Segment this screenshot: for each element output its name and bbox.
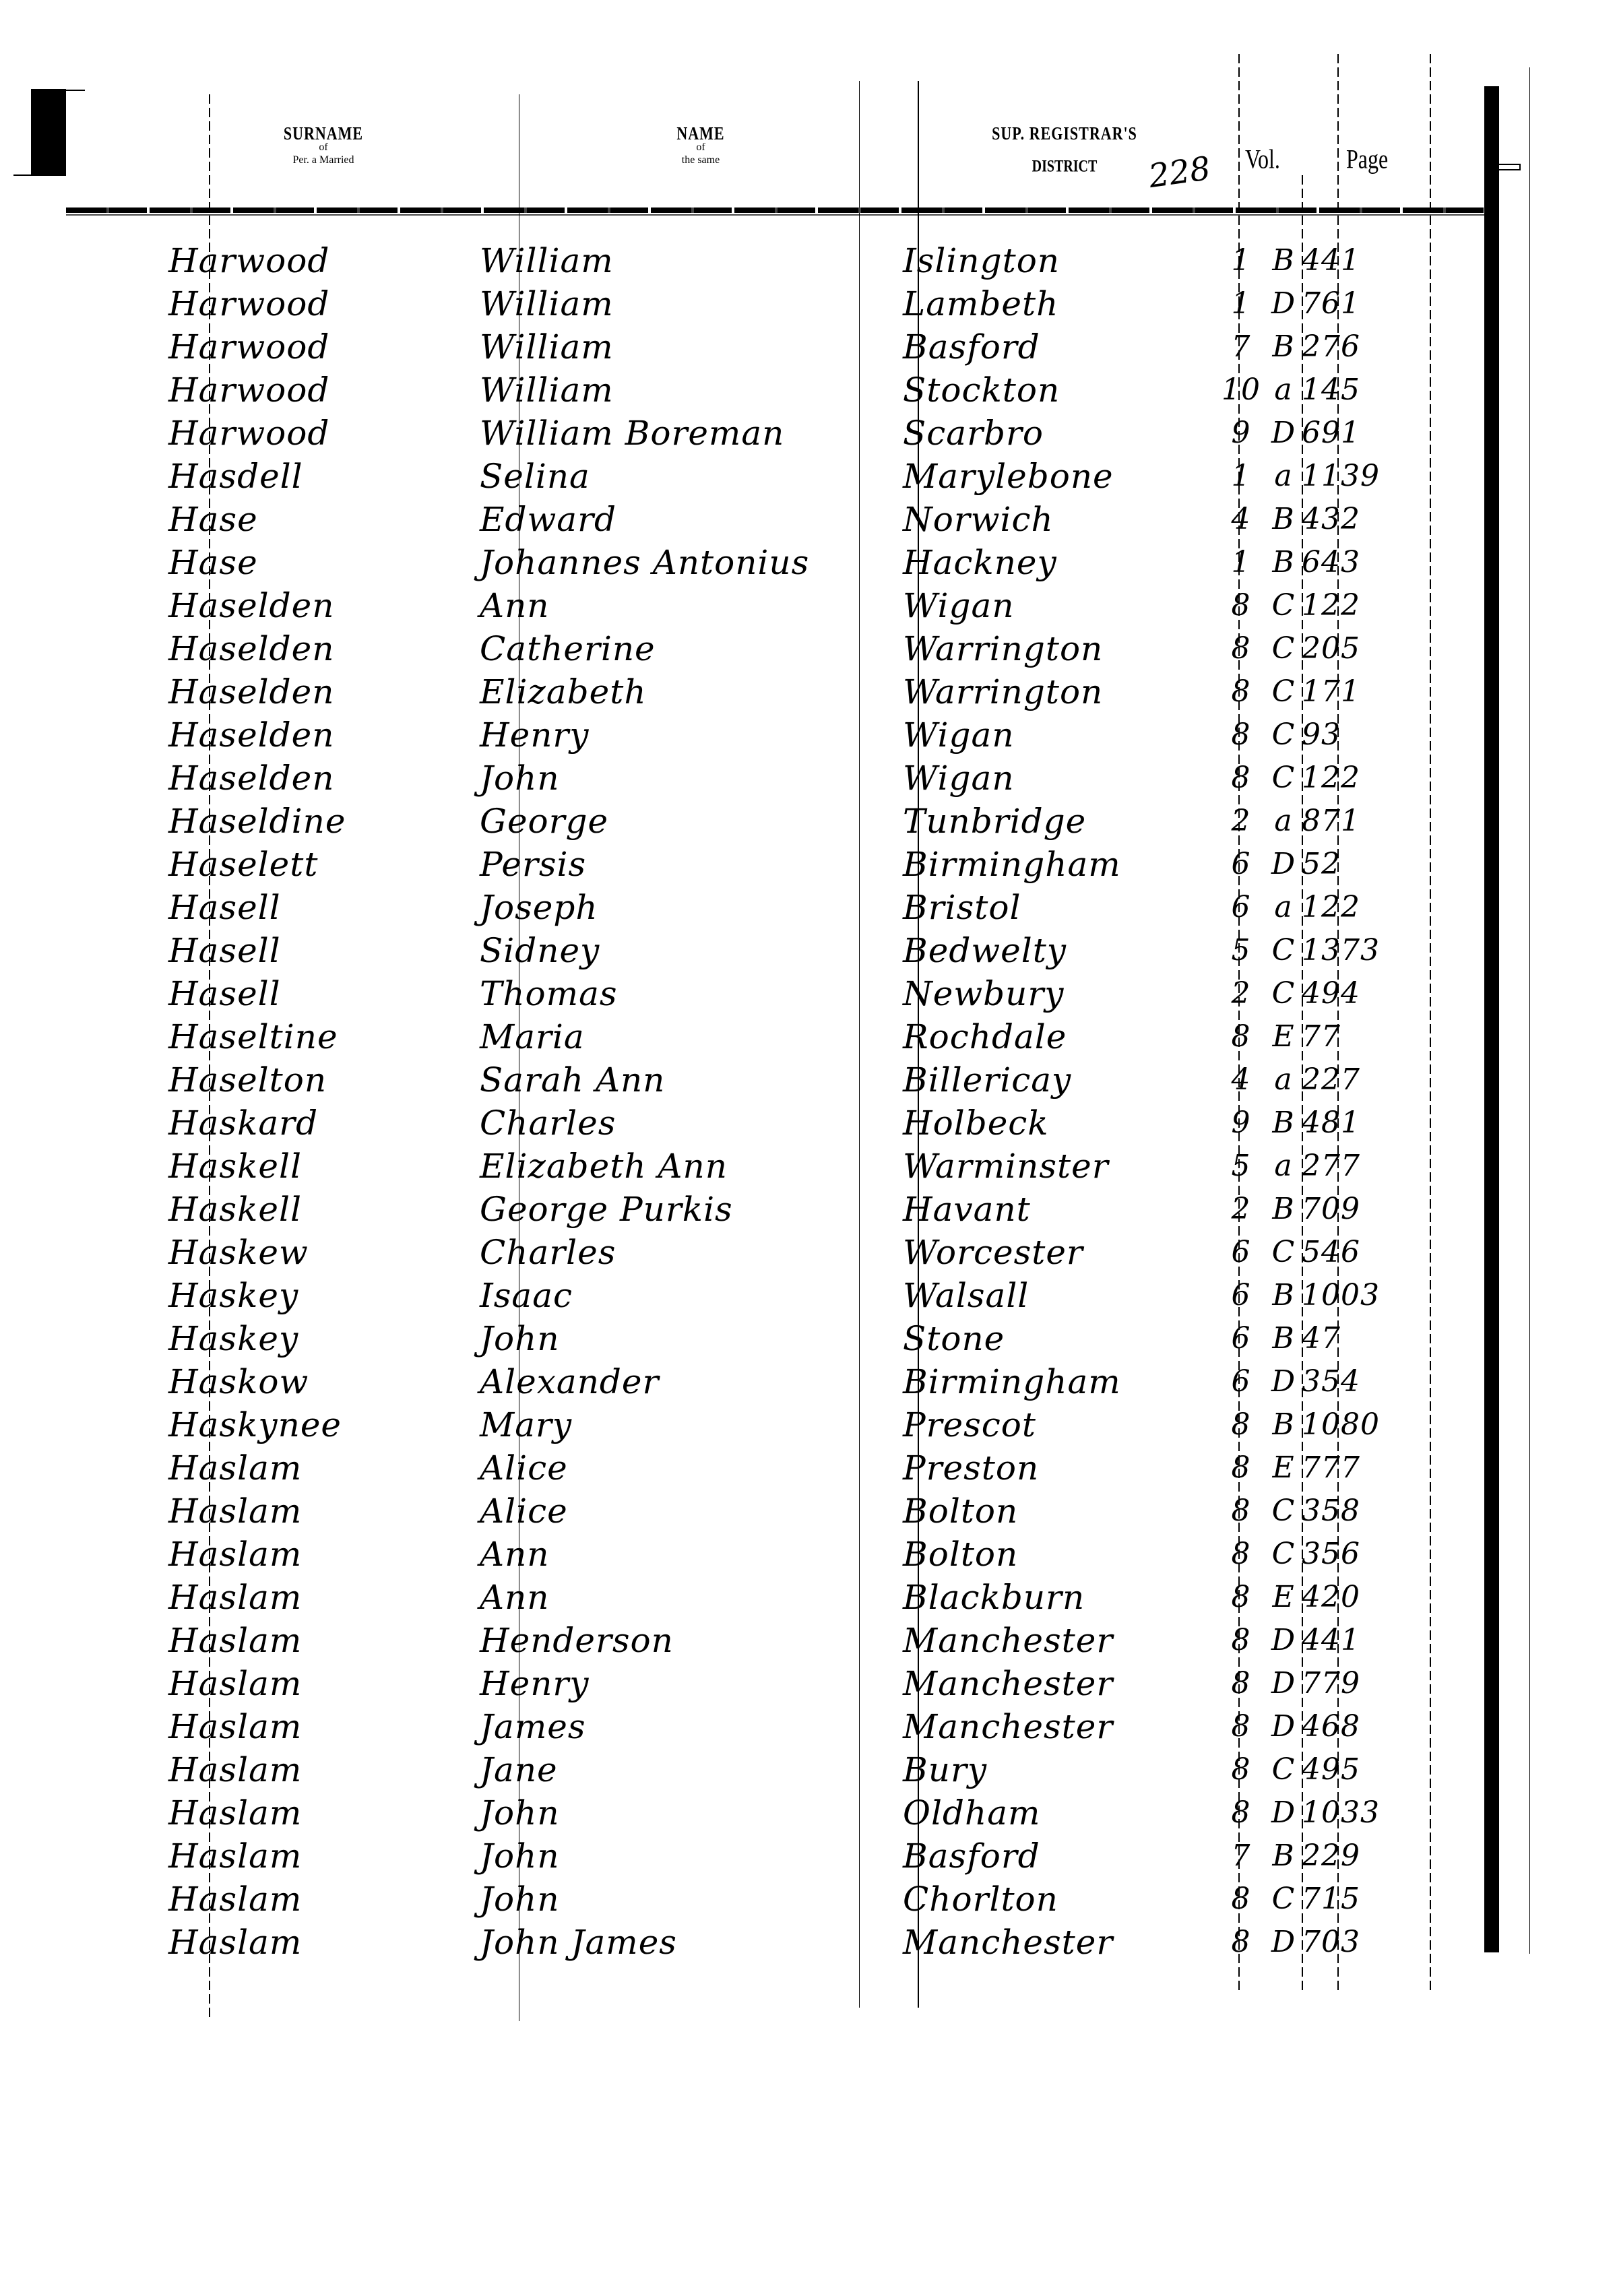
register-entry-row: HaslamJamesManchester8D468 [0,1706,1617,1748]
entry-district: Chorlton [903,1878,1058,1920]
column-header-surname: SURNAME of Per. a Married [222,125,424,166]
entry-surname: Haselden [168,628,334,670]
entry-page: 481 [1302,1102,1376,1144]
entry-district: Blackburn [903,1576,1085,1618]
entry-page: 93 [1302,714,1376,756]
entry-given-name: Maria [480,1016,585,1058]
entry-district: Birmingham [903,1361,1121,1403]
entry-page: 546 [1302,1232,1376,1273]
register-entry-row: HaseEdwardNorwich4B432 [0,499,1617,540]
entry-volume: 2 [1221,800,1261,842]
register-entry-row: HarwoodWilliamBasford7B276 [0,326,1617,368]
entry-given-name: Johannes Antonius [480,542,809,583]
entry-given-name: Elizabeth [480,671,647,713]
entry-volume: 8 [1221,671,1261,713]
entry-volume-letter: B [1267,1835,1300,1877]
entry-volume-letter: B [1267,1102,1300,1144]
entry-volume: 9 [1221,412,1261,454]
entry-surname: Haslam [168,1921,302,1963]
entry-surname: Hase [168,499,258,540]
entry-page: 643 [1302,542,1376,583]
entry-page: 441 [1302,1620,1376,1661]
entry-volume: 7 [1221,326,1261,368]
entry-given-name: Henderson [480,1620,674,1661]
entry-page: 77 [1302,1016,1376,1058]
entry-volume: 9 [1221,1102,1261,1144]
entry-page: 276 [1302,326,1376,368]
entry-given-name: Ann [480,1576,550,1618]
entry-page: 277 [1302,1145,1376,1187]
entry-volume-letter: E [1267,1447,1300,1489]
entry-volume: 8 [1221,1792,1261,1834]
register-entry-row: HaseldenJohnWigan8C122 [0,757,1617,799]
entry-district: Warminster [903,1145,1109,1187]
entry-page: 420 [1302,1576,1376,1618]
entry-district: Manchester [903,1921,1113,1963]
entry-surname: Haselden [168,714,334,756]
register-entry-row: HaskellGeorge PurkisHavant2B709 [0,1188,1617,1230]
entry-given-name: James [480,1706,586,1748]
entry-district: Norwich [903,499,1054,540]
entry-volume: 8 [1221,1447,1261,1489]
entry-given-name: Thomas [480,973,618,1015]
register-entry-row: HarwoodWilliamStockton10a145 [0,369,1617,411]
entry-volume-letter: D [1267,843,1300,885]
entry-given-name: Ann [480,585,550,627]
entry-given-name: Henry [480,1663,590,1704]
entry-surname: Haslam [168,1792,302,1834]
register-entry-row: HaskellElizabeth AnnWarminster5a277 [0,1145,1617,1187]
page-edge-rule [66,90,85,91]
register-entry-row: HasellSidneyBedwelty5C1373 [0,930,1617,971]
entry-page: 229 [1302,1835,1376,1877]
entry-volume: 1 [1221,542,1261,583]
entry-volume-letter: a [1267,887,1300,928]
entry-page: 709 [1302,1188,1376,1230]
entry-given-name: Jane [480,1749,558,1791]
register-entry-row: HarwoodWilliamLambeth1D761 [0,283,1617,325]
entry-given-name: Sarah Ann [480,1059,665,1101]
entry-volume-letter: D [1267,1663,1300,1704]
entry-surname: Haslam [168,1835,302,1877]
register-entry-row: HaslamAliceBolton8C358 [0,1490,1617,1532]
entry-page: 441 [1302,240,1376,282]
entry-volume: 8 [1221,1749,1261,1791]
register-entry-row: HaslamHenryManchester8D779 [0,1663,1617,1704]
entry-given-name: John [480,1878,560,1920]
entry-page: 761 [1302,283,1376,325]
register-entry-row: HaslamJohn JamesManchester8D703 [0,1921,1617,1963]
entry-volume: 8 [1221,1921,1261,1963]
entry-district: Rochdale [903,1016,1067,1058]
entry-district: Scarbro [903,412,1044,454]
entry-volume-letter: B [1267,1275,1300,1316]
register-entry-row: HaskeyIsaacWalsall6B1003 [0,1275,1617,1316]
register-entry-row: HaslamHendersonManchester8D441 [0,1620,1617,1661]
entry-district: Stockton [903,369,1060,411]
entry-volume: 1 [1221,455,1261,497]
entry-surname: Haselden [168,671,334,713]
entry-volume-letter: C [1267,585,1300,627]
entry-district: Basford [903,326,1040,368]
entry-given-name: Henry [480,714,590,756]
page-edge-tab-marker [31,89,66,174]
entry-surname: Hasell [168,887,281,928]
register-entry-row: HaseltineMariaRochdale8E77 [0,1016,1617,1058]
entry-volume: 5 [1221,930,1261,971]
entry-given-name: Selina [480,455,590,497]
entry-given-name: William [480,240,614,282]
entry-page: 1003 [1302,1275,1376,1316]
entry-district: Manchester [903,1706,1113,1748]
register-entry-row: HaskewCharlesWorcester6C546 [0,1232,1617,1273]
entry-volume: 6 [1221,843,1261,885]
page-edge-rule [13,174,66,176]
entry-district: Holbeck [903,1102,1049,1144]
entry-district: Lambeth [903,283,1058,325]
entry-district: Oldham [903,1792,1040,1834]
entry-given-name: Alice [480,1447,568,1489]
entry-volume: 8 [1221,1533,1261,1575]
entry-district: Wigan [903,757,1015,799]
entry-surname: Haslam [168,1576,302,1618]
register-entry-row: HaseldineGeorgeTunbridge2a871 [0,800,1617,842]
entry-volume: 6 [1221,1361,1261,1403]
entry-surname: Haseldine [168,800,346,842]
register-entry-row: HarwoodWilliam BoremanScarbro9D691 [0,412,1617,454]
entry-volume-letter: a [1267,800,1300,842]
entry-volume: 8 [1221,1706,1261,1748]
entry-volume-letter: E [1267,1576,1300,1618]
entry-page: 691 [1302,412,1376,454]
entry-district: Birmingham [903,843,1121,885]
entry-district: Bury [903,1749,987,1791]
entry-given-name: Catherine [480,628,656,670]
entry-page: 468 [1302,1706,1376,1748]
entry-page: 1373 [1302,930,1376,971]
entry-volume-letter: D [1267,1361,1300,1403]
entry-page: 495 [1302,1749,1376,1791]
binding-edge-notch [1499,164,1521,170]
entry-volume: 8 [1221,1576,1261,1618]
entry-volume: 8 [1221,1663,1261,1704]
entry-district: Havant [903,1188,1031,1230]
entry-page: 205 [1302,628,1376,670]
entry-district: Preston [903,1447,1039,1489]
entry-surname: Haslam [168,1878,302,1920]
entry-given-name: Ann [480,1533,550,1575]
register-entry-row: HasellJosephBristol6a122 [0,887,1617,928]
entry-volume: 6 [1221,1232,1261,1273]
entry-surname: Haselton [168,1059,327,1101]
entry-surname: Haslam [168,1706,302,1748]
entry-page: 171 [1302,671,1376,713]
entry-surname: Haskey [168,1275,298,1316]
column-header-vol: Vol. [1245,143,1280,174]
entry-surname: Haskow [168,1361,309,1403]
entry-volume-letter: B [1267,1404,1300,1446]
entry-volume-letter: D [1267,1706,1300,1748]
entry-volume-letter: C [1267,973,1300,1015]
entry-given-name: George Purkis [480,1188,733,1230]
entry-district: Hackney [903,542,1057,583]
entry-district: Worcester [903,1232,1083,1273]
entry-surname: Haseltine [168,1016,338,1058]
entry-page: 358 [1302,1490,1376,1532]
entry-surname: Haslam [168,1447,302,1489]
entry-surname: Haslam [168,1533,302,1575]
entry-given-name: John James [480,1921,677,1963]
entry-district: Newbury [903,973,1065,1015]
entry-surname: Hasdell [168,455,303,497]
entry-surname: Haskew [168,1232,309,1273]
entry-volume-letter: B [1267,1318,1300,1360]
entry-volume: 8 [1221,585,1261,627]
entry-volume: 4 [1221,1059,1261,1101]
register-entry-row: HarwoodWilliamIslington1B441 [0,240,1617,282]
entry-volume-letter: B [1267,542,1300,583]
entry-page: 1139 [1302,455,1376,497]
entry-given-name: Charles [480,1102,616,1144]
entry-volume: 6 [1221,887,1261,928]
entry-given-name: Edward [480,499,616,540]
entry-volume-letter: B [1267,240,1300,282]
entry-surname: Haskey [168,1318,298,1360]
entry-surname: Hase [168,542,258,583]
entry-volume-letter: B [1267,326,1300,368]
entry-page: 777 [1302,1447,1376,1489]
entry-district: Manchester [903,1663,1113,1704]
entry-given-name: John [480,1792,560,1834]
entry-volume-letter: C [1267,714,1300,756]
entry-volume-letter: B [1267,499,1300,540]
register-entry-row: HaslamAlicePreston8E777 [0,1447,1617,1489]
entry-district: Warrington [903,671,1103,713]
entry-volume: 6 [1221,1318,1261,1360]
entry-surname: Harwood [168,283,329,325]
entry-page: 1080 [1302,1404,1376,1446]
entry-volume-letter: a [1267,455,1300,497]
column-header-page: Page [1346,143,1388,174]
entry-volume-letter: C [1267,1232,1300,1273]
entry-volume-letter: a [1267,1145,1300,1187]
register-entry-row: HaseldenCatherineWarrington8C205 [0,628,1617,670]
entry-volume: 10 [1221,369,1261,411]
entry-given-name: George [480,800,608,842]
entry-district: Bristol [903,887,1021,928]
header-divider [66,214,1485,216]
entry-page: 494 [1302,973,1376,1015]
entry-given-name: John [480,1318,560,1360]
entry-volume-letter: D [1267,1792,1300,1834]
entry-given-name: Joseph [480,887,598,928]
entry-volume: 5 [1221,1145,1261,1187]
entry-volume-letter: E [1267,1016,1300,1058]
entry-district: Marylebone [903,455,1114,497]
entry-volume-letter: C [1267,628,1300,670]
entry-district: Bolton [903,1490,1018,1532]
entry-volume-letter: D [1267,283,1300,325]
register-entry-row: HaslamAnnBlackburn8E420 [0,1576,1617,1618]
entry-given-name: William [480,283,614,325]
entry-surname: Haskynee [168,1404,342,1446]
entry-page: 871 [1302,800,1376,842]
entry-district: Manchester [903,1620,1113,1661]
entry-given-name: Elizabeth Ann [480,1145,728,1187]
entry-given-name: Isaac [480,1275,573,1316]
entry-volume-letter: C [1267,1749,1300,1791]
entry-volume: 8 [1221,628,1261,670]
entry-surname: Hasell [168,973,281,1015]
entry-given-name: Alice [480,1490,568,1532]
entry-given-name: Sidney [480,930,600,971]
entry-page: 779 [1302,1663,1376,1704]
register-entry-row: HaskowAlexanderBirmingham6D354 [0,1361,1617,1403]
header-divider [66,208,1485,213]
register-entry-row: HaseJohannes AntoniusHackney1B643 [0,542,1617,583]
entry-surname: Haselden [168,757,334,799]
entry-page: 703 [1302,1921,1376,1963]
entry-page: 122 [1302,585,1376,627]
entry-district: Bolton [903,1533,1018,1575]
entry-page: 52 [1302,843,1376,885]
entry-surname: Haslam [168,1663,302,1704]
entry-volume: 8 [1221,1620,1261,1661]
entry-surname: Hasell [168,930,281,971]
entry-page: 122 [1302,887,1376,928]
entry-district: Basford [903,1835,1040,1877]
entry-volume-letter: D [1267,412,1300,454]
register-entry-row: HaskeyJohnStone6B47 [0,1318,1617,1360]
entry-surname: Harwood [168,412,329,454]
entry-given-name: Charles [480,1232,616,1273]
entry-district: Islington [903,240,1060,282]
entry-page: 145 [1302,369,1376,411]
entry-given-name: Mary [480,1404,572,1446]
entry-volume: 7 [1221,1835,1261,1877]
entry-page: 715 [1302,1878,1376,1920]
entry-volume-letter: a [1267,369,1300,411]
register-entry-row: HaseldenElizabethWarrington8C171 [0,671,1617,713]
register-entry-row: HaseldenAnnWigan8C122 [0,585,1617,627]
entry-volume: 2 [1221,1188,1261,1230]
entry-district: Wigan [903,585,1015,627]
entry-surname: Haslam [168,1490,302,1532]
entry-surname: Harwood [168,369,329,411]
entry-district: Stone [903,1318,1005,1360]
entry-district: Warrington [903,628,1103,670]
entry-volume-letter: C [1267,757,1300,799]
entry-volume: 8 [1221,1878,1261,1920]
entry-volume: 2 [1221,973,1261,1015]
entry-surname: Harwood [168,326,329,368]
entry-given-name: John [480,757,560,799]
register-entry-row: HaselettPersisBirmingham6D52 [0,843,1617,885]
register-entry-row: HaslamAnnBolton8C356 [0,1533,1617,1575]
entry-page: 47 [1302,1318,1376,1360]
entry-surname: Haskell [168,1145,302,1187]
entry-page: 356 [1302,1533,1376,1575]
entry-surname: Haskard [168,1102,318,1144]
entry-volume: 8 [1221,714,1261,756]
column-header-name: NAME of the same [600,125,802,166]
entry-volume: 6 [1221,1275,1261,1316]
entry-surname: Haslam [168,1620,302,1661]
entry-page: 432 [1302,499,1376,540]
entry-district: Bedwelty [903,930,1067,971]
entry-volume-letter: C [1267,1490,1300,1532]
entry-volume-letter: D [1267,1620,1300,1661]
register-page: SURNAME of Per. a Married NAME of the sa… [0,0,1617,2296]
entry-given-name: Alexander [480,1361,659,1403]
entry-surname: Haskell [168,1188,302,1230]
register-entry-row: HaslamJohnChorlton8C715 [0,1878,1617,1920]
entry-volume: 8 [1221,1404,1261,1446]
entry-page: 1033 [1302,1792,1376,1834]
entry-volume: 1 [1221,240,1261,282]
register-entry-row: HaseltonSarah AnnBillericay4a227 [0,1059,1617,1101]
entry-surname: Haselett [168,843,318,885]
entry-district: Tunbridge [903,800,1086,842]
entry-page: 354 [1302,1361,1376,1403]
entry-surname: Haselden [168,585,334,627]
register-entry-row: HaslamJohnBasford7B229 [0,1835,1617,1877]
register-entry-row: HaskardCharlesHolbeck9B481 [0,1102,1617,1144]
entry-given-name: John [480,1835,560,1877]
entry-district: Prescot [903,1404,1036,1446]
entry-volume-letter: C [1267,1878,1300,1920]
entry-page: 122 [1302,757,1376,799]
entry-district: Wigan [903,714,1015,756]
entry-volume-letter: B [1267,1188,1300,1230]
entry-volume: 8 [1221,1016,1261,1058]
entry-page: 227 [1302,1059,1376,1101]
entry-volume-letter: a [1267,1059,1300,1101]
entry-given-name: Persis [480,843,586,885]
entry-district: Walsall [903,1275,1029,1316]
entry-volume-letter: C [1267,930,1300,971]
entry-volume: 1 [1221,283,1261,325]
register-entry-row: HasdellSelinaMarylebone1a1139 [0,455,1617,497]
register-entry-row: HaseldenHenryWigan8C93 [0,714,1617,756]
entry-surname: Haslam [168,1749,302,1791]
entry-volume-letter: D [1267,1921,1300,1963]
register-entry-row: HasellThomasNewbury2C494 [0,973,1617,1015]
entry-volume: 8 [1221,757,1261,799]
entry-volume-letter: C [1267,671,1300,713]
entry-volume: 4 [1221,499,1261,540]
handwritten-page-number: 228 [1147,150,1213,195]
entry-volume-letter: C [1267,1533,1300,1575]
entry-given-name: William [480,369,614,411]
register-entry-row: HaslamJohnOldham8D1033 [0,1792,1617,1834]
register-entry-row: HaskyneeMaryPrescot8B1080 [0,1404,1617,1446]
entry-volume: 8 [1221,1490,1261,1532]
entry-given-name: William Boreman [480,412,784,454]
entry-surname: Harwood [168,240,329,282]
entry-district: Billericay [903,1059,1071,1101]
register-entry-row: HaslamJaneBury8C495 [0,1749,1617,1791]
entry-given-name: William [480,326,614,368]
